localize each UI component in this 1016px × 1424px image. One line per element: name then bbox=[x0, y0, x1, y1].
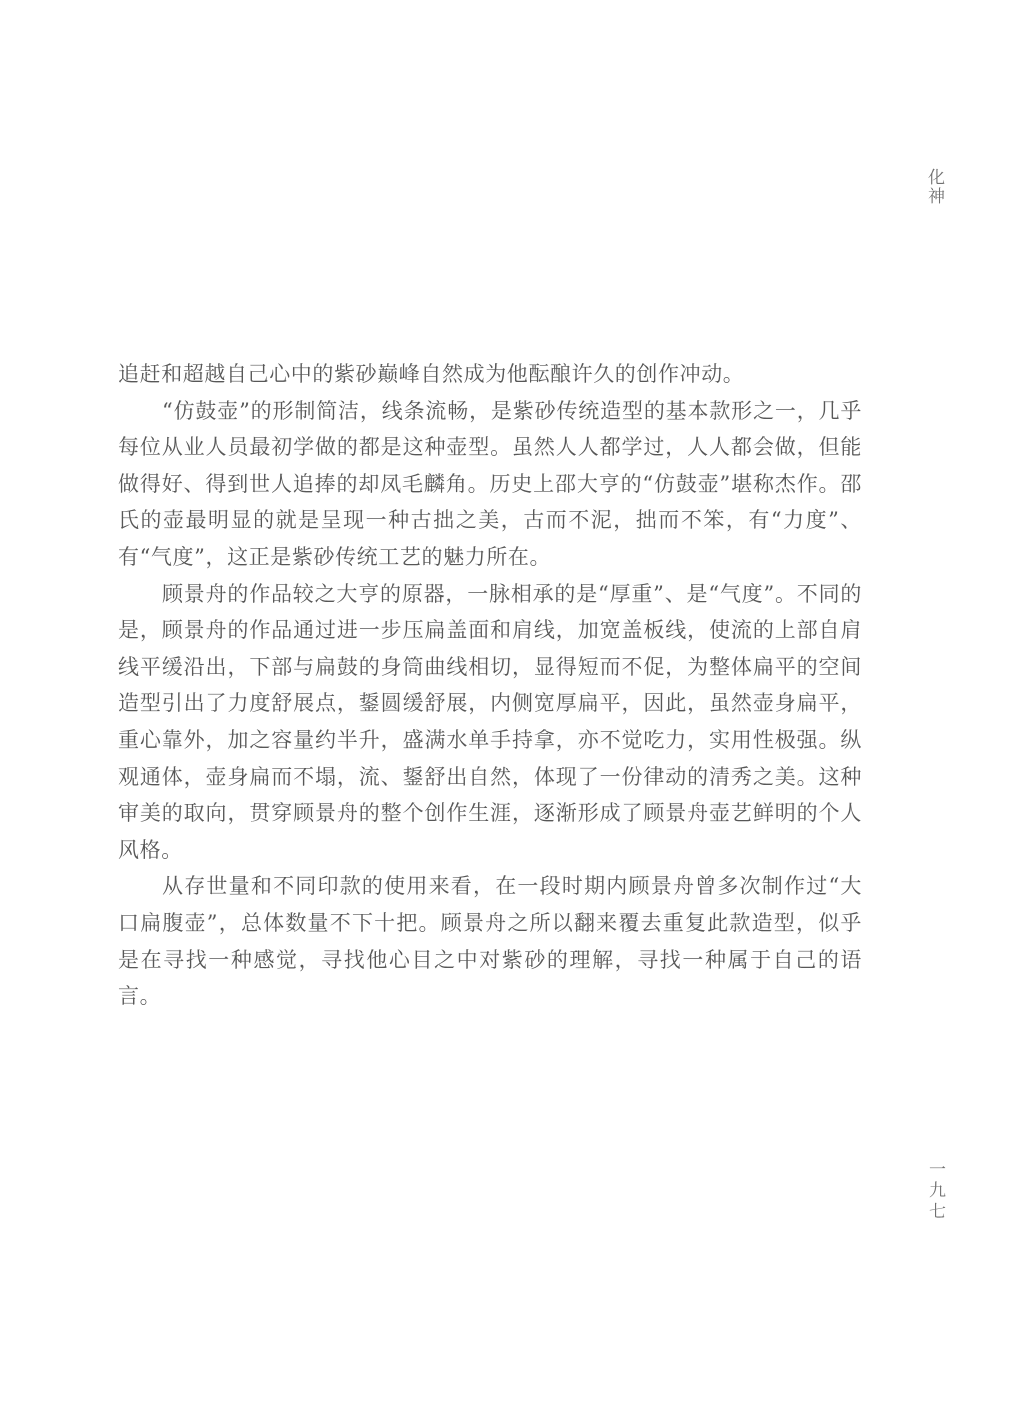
paragraph-2: “仿鼓壶”的形制简洁，线条流畅，是紫砂传统造型的基本款形之一，几乎每位从业人员最… bbox=[118, 393, 862, 576]
body-text: 追赶和超越自己心中的紫砂巅峰自然成为他酝酿许久的创作冲动。 “仿鼓壶”的形制简洁… bbox=[118, 356, 862, 1015]
paragraph-1: 追赶和超越自己心中的紫砂巅峰自然成为他酝酿许久的创作冲动。 bbox=[118, 356, 862, 393]
paragraph-3: 顾景舟的作品较之大亨的原器，一脉相承的是“厚重”、是“气度”。不同的是，顾景舟的… bbox=[118, 576, 862, 869]
page-number: 一九七 bbox=[922, 1160, 946, 1223]
paragraph-4: 从存世量和不同印款的使用来看，在一段时期内顾景舟曾多次制作过“大口扁腹壶”，总体… bbox=[118, 868, 862, 1014]
running-head: 化神 bbox=[924, 168, 946, 206]
